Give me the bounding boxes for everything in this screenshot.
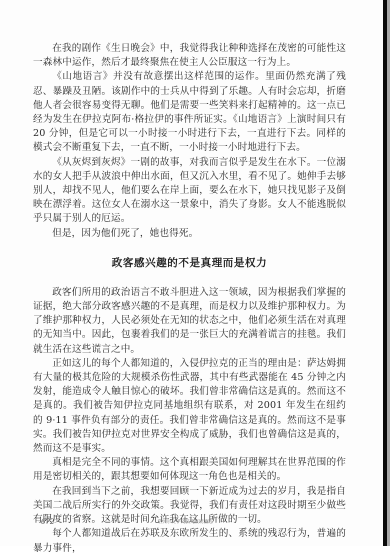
page-body: 在我的剧作《生日晚会》中，我觉得我让种种选择在茂密的可能性这一森林中运作，然后才… [33,42,346,546]
page-number: 672 [41,518,54,526]
paragraph: 真相是完全不同的事情。这个真相跟美国如何理解其在世界范围的作用是密切相关的，跟其… [33,456,346,484]
section-heading: 政客感兴趣的不是真理而是权力 [33,256,346,270]
paragraph: 《从灰烬到灰烬》一剧的故事，对我而言似乎是发生在水下。一位溺水的女人把手从波浪中… [33,156,346,227]
paragraph: 《山地语言》并没有故意摆出这样范围的运作。里面仍然充满了残忍、暴躁及丑陋。该剧作… [33,70,346,155]
paragraph: 正如这儿的每个人都知道的，入侵伊拉克的正当的理由是：萨达姆拥有大量的极其危险的大… [33,357,346,456]
paragraph: 在我的剧作《生日晚会》中，我觉得我让种种选择在茂密的可能性这一森林中运作，然后才… [33,42,346,70]
paragraph: 政客们所用的政治语言不敢斗胆进入这一领域，因为根据我们掌握的证据，绝大部分政客感… [33,286,346,357]
running-footer-title: 诺贝尔文学奖获奖演说精选 [150,519,220,525]
paragraph: 但是，因为他们死了，她也得死。 [33,227,346,241]
book-page: 在我的剧作《生日晚会》中，我觉得我让种种选择在茂密的可能性这一森林中运作，然后才… [0,0,383,546]
paragraph: 每个人都知道战后在苏联及东欧所发生的、系统的残忍行为，普遍的暴力事件， [33,527,346,546]
